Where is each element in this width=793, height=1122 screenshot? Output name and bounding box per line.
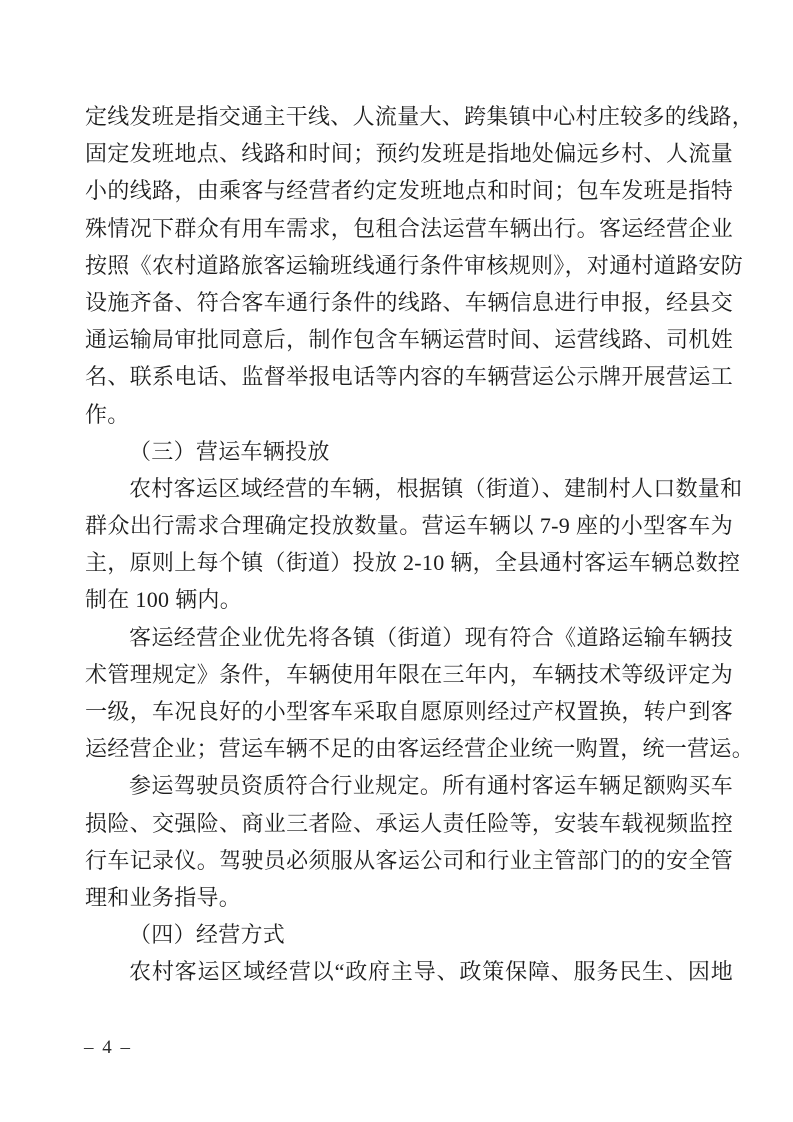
text-line: 小的线路，由乘客与经营者约定发班地点和时间；包车发班是指特 bbox=[85, 172, 733, 209]
paragraph-operation-mode: 农村客运区域经营以“政府主导、政策保障、服务民生、因地 bbox=[85, 953, 733, 990]
text-line: 行车记录仪。驾驶员必须服从客运公司和行业主管部门的的安全管 bbox=[85, 842, 733, 879]
text-line: 制在 100 辆内。 bbox=[85, 581, 733, 618]
paragraph-dispatch-modes: 定线发班是指交通主干线、人流量大、跨集镇中心村庄较多的线路， 固定发班地点、线路… bbox=[85, 98, 733, 433]
text-line: 理和业务指导。 bbox=[85, 879, 733, 916]
text-line: 一级，车况良好的小型客车采取自愿原则经过产权置换，转户到客 bbox=[85, 693, 733, 730]
text-line: 农村客运区域经营以“政府主导、政策保障、服务民生、因地 bbox=[85, 953, 733, 990]
section-heading: （四）经营方式 bbox=[85, 916, 733, 953]
text-line: 名、联系电话、监督举报电话等内容的车辆营运公示牌开展营运工 bbox=[85, 358, 733, 395]
text-line: 按照《农村道路旅客运输班线通行条件审核规则》，对通村道路安防 bbox=[85, 247, 733, 284]
text-line: 殊情况下群众有用车需求，包租合法运营车辆出行。客运经营企业 bbox=[85, 210, 733, 247]
paragraph-vehicle-transfer: 客运经营企业优先将各镇（街道）现有符合《道路运输车辆技 术管理规定》条件，车辆使… bbox=[85, 619, 733, 768]
text-line: 固定发班地点、线路和时间；预约发班是指地处偏远乡村、人流量 bbox=[85, 135, 733, 172]
text-line: 定线发班是指交通主干线、人流量大、跨集镇中心村庄较多的线路， bbox=[85, 98, 733, 135]
page-number: – 4 – bbox=[84, 1036, 132, 1060]
text-line: 设施齐备、符合客车通行条件的线路、车辆信息进行申报，经县交 bbox=[85, 284, 733, 321]
text-line: 群众出行需求合理确定投放数量。营运车辆以 7-9 座的小型客车为 bbox=[85, 507, 733, 544]
paragraph-driver-qualification: 参运驾驶员资质符合行业规定。所有通村客运车辆足额购买车 损险、交强险、商业三者险… bbox=[85, 767, 733, 916]
text-line: 客运经营企业优先将各镇（街道）现有符合《道路运输车辆技 bbox=[85, 619, 733, 656]
document-body: 定线发班是指交通主干线、人流量大、跨集镇中心村庄较多的线路， 固定发班地点、线路… bbox=[85, 98, 733, 991]
text-line: 损险、交强险、商业三者险、承运人责任险等，安装车载视频监控 bbox=[85, 805, 733, 842]
paragraph-vehicle-deployment: 农村客运区域经营的车辆，根据镇（街道）、建制村人口数量和 群众出行需求合理确定投… bbox=[85, 470, 733, 619]
text-line: 参运驾驶员资质符合行业规定。所有通村客运车辆足额购买车 bbox=[85, 767, 733, 804]
text-line: 运经营企业；营运车辆不足的由客运经营企业统一购置，统一营运。 bbox=[85, 730, 733, 767]
text-line: 农村客运区域经营的车辆，根据镇（街道）、建制村人口数量和 bbox=[85, 470, 733, 507]
section-heading-vehicle-deployment: （三）营运车辆投放 bbox=[85, 433, 733, 470]
text-line: 术管理规定》条件，车辆使用年限在三年内，车辆技术等级评定为 bbox=[85, 656, 733, 693]
document-page: 定线发班是指交通主干线、人流量大、跨集镇中心村庄较多的线路， 固定发班地点、线路… bbox=[0, 0, 793, 1122]
text-line: 通运输局审批同意后，制作包含车辆运营时间、运营线路、司机姓 bbox=[85, 321, 733, 358]
section-heading-operation-mode: （四）经营方式 bbox=[85, 916, 733, 953]
text-line: 作。 bbox=[85, 396, 733, 433]
text-line: 主，原则上每个镇（街道）投放 2-10 辆，全县通村客运车辆总数控 bbox=[85, 544, 733, 581]
section-heading: （三）营运车辆投放 bbox=[85, 433, 733, 470]
